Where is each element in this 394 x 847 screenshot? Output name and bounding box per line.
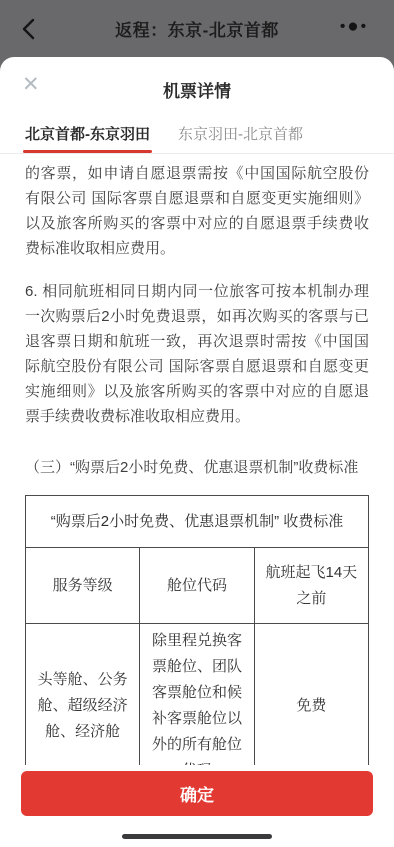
section-heading: （三）“购票后2小时免费、优惠退票机制”收费标准 [25, 455, 369, 480]
tab-label: 东京羽田-北京首都 [178, 126, 303, 143]
table-header-row: 服务等级 舱位代码 航班起飞14天之前 [26, 548, 369, 624]
table-title-row: “购票后2小时免费、优惠退票机制” 收费标准 [26, 496, 369, 548]
phone-screen: 返程：东京-北京首都 •●• ✕ 机票详情 北京首都-东京羽田 东京羽田-北京首… [0, 0, 394, 847]
navbar: 返程：东京-北京首都 •●• [0, 0, 394, 57]
home-indicator[interactable] [122, 834, 272, 839]
back-icon[interactable] [22, 18, 38, 40]
table-header-service-class: 服务等级 [26, 548, 140, 624]
table-header-cabin-code: 舱位代码 [140, 548, 254, 624]
policy-paragraph: 的客票，如申请自愿退票需按《中国国际航空股份有限公司 国际客票自愿退票和自愿变更… [25, 161, 369, 261]
confirm-button[interactable]: 确定 [21, 771, 373, 816]
route-tabs: 北京首都-东京羽田 东京羽田-北京首都 [0, 107, 394, 153]
tab-outbound-route[interactable]: 北京首都-东京羽田 [25, 123, 150, 153]
fee-standard-table: “购票后2小时免费、优惠退票机制” 收费标准 服务等级 舱位代码 航班起飞14天… [25, 495, 369, 789]
more-menu-icon[interactable]: •●• [340, 16, 368, 38]
table-header-before-departure: 航班起飞14天之前 [254, 548, 368, 624]
table-title: “购票后2小时免费、优惠退票机制” 收费标准 [26, 496, 369, 548]
policy-paragraph: 6. 相同航班相同日期内同一位旅客可按本机制办理一次购票后2小时免费退票，如再次… [25, 279, 369, 429]
tab-return-route[interactable]: 东京羽田-北京首都 [178, 123, 303, 153]
sheet-footer: 确定 [0, 765, 394, 847]
active-tab-underline [23, 150, 152, 153]
table-cell-cabin-code: 除里程兑换客票舱位、团队客票舱位和候补客票舱位以外的所有舱位代码 [140, 624, 254, 789]
ticket-detail-sheet: ✕ 机票详情 北京首都-东京羽田 东京羽田-北京首都 的客票，如申请自愿退票需按… [0, 57, 394, 847]
close-icon[interactable]: ✕ [22, 75, 40, 95]
sheet-title: 机票详情 [163, 77, 231, 102]
table-row: 头等舱、公务舱、超级经济舱、经济舱 除里程兑换客票舱位、团队客票舱位和候补客票舱… [26, 624, 369, 789]
refund-policy-content: 的客票，如申请自愿退票需按《中国国际航空股份有限公司 国际客票自愿退票和自愿变更… [0, 154, 394, 789]
table-cell-service-class: 头等舱、公务舱、超级经济舱、经济舱 [26, 624, 140, 789]
sheet-header: ✕ 机票详情 [0, 57, 394, 107]
nav-title: 返程：东京-北京首都 [115, 16, 279, 41]
table-cell-fee: 免费 [254, 624, 368, 789]
tab-label: 北京首都-东京羽田 [25, 126, 150, 143]
